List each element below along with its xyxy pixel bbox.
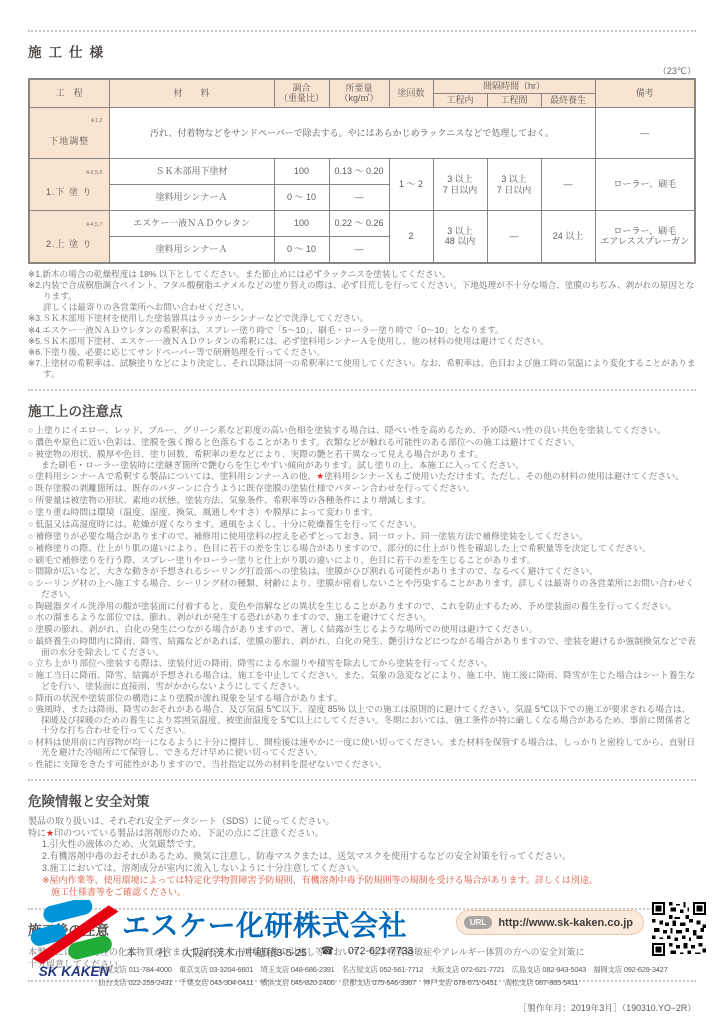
hazard-rule-2: 2.有機溶剤中毒のおそれがあるため、換気に注意し、防毒マスクまたは、送気マスクを… [28,851,696,863]
cell-remarks: ローラー、刷毛 [595,159,695,211]
list-item: ○低温又は高湿度時には、乾燥が遅くなります。通風をよくし、十分に乾燥養生を行って… [28,519,696,529]
headquarters-line: 本 社 大阪府茨木市中穂積3-5-25 ☎ 072-621-7733 [126,945,413,960]
star-icon: ★ [316,471,324,481]
cell-final: 24 以上 [541,210,595,262]
cell-undercoat-name: ※3,5,6 1.下 塗 り [29,159,109,211]
hazard-section-title: 危険情報と安全対策 [28,790,696,810]
table-row-surface-prep: ※1,2 下地調整 汚れ、付着物などをサンドペーパーで除去する。やにはあらかじめ… [29,107,695,159]
hazard-body: 製品の取り扱いは、それぞれ安全データシート（SDS）に従ってください。 特に★印… [28,816,696,899]
hq-phone: 072-621-7733 [348,945,413,960]
cell-in-process: 3 以上 48 以内 [433,210,487,262]
branch-offices: 札幌支店 011-784-4000 東京支店 03-3204-6601 埼玉支店… [98,964,667,990]
sk-kaken-logo-icon [30,900,120,964]
note-ref: ※4,5,7 [32,223,107,229]
cell-mix: 0 ～ 10 [274,185,329,211]
header-interval: 間隔時間（hr） [433,79,595,93]
list-item: ○所要量は被塗物の形状、素地の状態、塗装方法、気象条件、希釈率等の各種条件により… [28,495,696,505]
hazard-rule-3: 3.施工においては、溶剤成分が室内に流入しないように十分注意してください。 [28,863,696,875]
table-row-topcoat-1: ※4,5,7 2.上 塗 り エスケー一液ＮＡＤウレタン 100 0.22 ～ … [29,210,695,236]
cell-mix: 100 [274,159,329,185]
cell-prep-name: ※1,2 下地調整 [29,107,109,159]
list-item: ○間隙が広いなど、大きな動きが予想されるシーリング打設部への塗装は、塗膜がひび割… [28,566,696,576]
header-amount: 所要量 （kg/㎡） [329,79,389,107]
list-item: ○陶磁器タイル洗浄用の酸が塗装面に付着すると、変色や溶解などの異状を生じることが… [28,601,696,611]
divider [28,779,696,781]
header-remarks: 備考 [595,79,695,107]
cell-coats: 2 [389,210,433,262]
company-name: エスケー化研株式会社 [122,904,407,944]
hq-label: 本 社 [126,945,168,960]
header-process: 工 程 [29,79,109,107]
cell-prep-remarks: — [595,107,695,159]
list-item: ○上塗りにイエロー、レッド、ブルー、グリーン系など彩度の高い色相を塗装する場合は… [28,425,696,435]
production-date-note: ［製作年月：2019年3月］（190310.YO−2R） [518,1001,696,1014]
cell-material: ＳＫ木部用下塗材 [109,159,274,185]
cell-final: — [541,159,595,211]
list-item: ○濃色や原色に近い色彩は、塗膜を強く擦ると色落ちすることがあります。衣類などが触… [28,437,696,447]
list-item: ○補修塗りが必要な場合がありますので、補修用に使用塗料の控えを必ずとっておき、同… [28,531,696,541]
note-item: ※7.上塗材の希釈率は、試験塗りなどにより決定し、それ以降は同一の希釈率にて使用… [28,358,696,380]
footer: SK KAKEN エスケー化研株式会社 本 社 大阪府茨木市中穂積3-5-25 … [0,888,724,1024]
cell-material: 塗料用シンナーＡ [109,185,274,211]
star-icon: ★ [46,828,54,838]
cell-amount: — [329,236,389,263]
hazard-rule-1: 1.引火性の液体のため、火気厳禁です。 [28,839,696,851]
cell-material: 塗料用シンナーＡ [109,236,274,263]
header-in-process: 工程内 [433,93,487,107]
list-item: ○最終養生の時間内に降雨、降雪、結露などがあれば、塗膜の膨れ、剥がれ、白化の発生… [28,636,696,657]
hazard-intro: 製品の取り扱いは、それぞれ安全データシート（SDS）に従ってください。 [28,816,696,828]
cell-remarks: ローラー、刷毛 エアレススプレーガン [595,210,695,262]
cell-amount: 0.13 ～ 0.20 [329,159,389,185]
list-item: ○塗料用シンナーＡで希釈する製品については、塗料用シンナーＡの他、★塗料用シンナ… [28,471,696,481]
list-item: ○材料は使用前に内容物が均一になるように十分に攪拌し、開栓後は速やかに一度に使い… [28,737,696,758]
note-item: ※3.ＳＫ木部用下塗材を使用した塗装器具はラッカーシンナーなどで洗浄してください… [28,313,696,324]
cell-mix: 0 ～ 10 [274,236,329,263]
hq-address: 大阪府茨木市中穂積3-5-25 [182,945,307,960]
note-ref: ※1,2 [32,119,107,125]
cell-between: 3 以上 7 日以内 [487,159,541,211]
header-between-process: 工程間 [487,93,541,107]
website-url[interactable]: URL http://www.sk-kaken.co.jp [456,910,644,935]
header-coats: 塗回数 [389,79,433,107]
table-row-undercoat-1: ※3,5,6 1.下 塗 り ＳＫ木部用下塗材 100 0.13 ～ 0.20 … [29,159,695,185]
note-item: ※4.エスケー一液ＮＡＤウレタンの希釈率は、スプレー塗り時で「5～10」、刷毛・… [28,325,696,336]
cell-amount: 0.22 ～ 0.26 [329,210,389,236]
header-final-cure: 最終養生 [541,93,595,107]
note-ref: ※3,5,6 [32,171,107,177]
list-item: ○降雨の状況や塗装部位の構造により塗膜が濡れ現象を呈する場合があります。 [28,693,696,703]
list-item: ○塗膜の膨れ、剥がれ、白化の発生につながる場合がありますので、著しく結露が生じる… [28,624,696,634]
list-item: ○既存塗膜の剥離箇所は、既存のパターンに合うように既存塗膜の塗装仕様でパターン合… [28,483,696,493]
spec-section-title: 施工仕様 [28,41,696,61]
spec-table: 工 程 材 料 調合 （重量比） 所要量 （kg/㎡） 塗回数 間隔時間（hr）… [28,78,696,264]
note-item: ※2.内装で合成樹脂調合ペイント、フタル酸樹脂エナメルなどの塗り替えの際は、必ず… [28,280,696,314]
list-item: ○シーリング材の上へ施工する場合、シーリング材の種類、材齢により、塗膜が密着しな… [28,578,696,599]
list-item: ○強風時、または降雨、降雪のおそれがある場合、及び気温 5℃以下、湿度 85% … [28,704,696,735]
cell-topcoat-name: ※4,5,7 2.上 塗 り [29,210,109,262]
cell-mix: 100 [274,210,329,236]
note-item: ※6.下塗り後、必要に応じてサンドペーパー等で研磨処理を行ってください。 [28,347,696,358]
table-header-row: 工 程 材 料 調合 （重量比） 所要量 （kg/㎡） 塗回数 間隔時間（hr）… [29,79,695,93]
precautions-list: ○上塗りにイエロー、レッド、ブルー、グリーン系など彩度の高い色相を塗装する場合は… [28,425,696,769]
header-material: 材 料 [109,79,274,107]
branch-line: 仙台支店 022-259-2431 千葉支店 043-304-0411 横浜支店… [98,977,667,990]
divider [28,30,696,32]
branch-line: 札幌支店 011-784-4000 東京支店 03-3204-6601 埼玉支店… [98,964,667,977]
document-page: 施工仕様 （23℃） 工 程 材 料 調合 （重量比） 所要量 （kg/㎡） 塗… [0,0,724,1024]
cell-amount: — [329,185,389,211]
url-badge: URL [464,916,492,929]
note-item: ※1.新木の場合の乾燥程度は 18% 以下としてください。また節止めには必ずラッ… [28,269,696,280]
precautions-section-title: 施工上の注意点 [28,400,696,420]
list-item: ○立ち上がり部位へ塗装する際は、塗装付近の降雨、降雪による水溜りや積雪を除去して… [28,658,696,668]
header-mix-ratio: 調合 （重量比） [274,79,329,107]
list-item: ○塗り重ね時間は環境（温度、湿度、換気、風通しやすさ）や膜厚によって変わります。 [28,507,696,517]
note-item: ※5.ＳＫ木部用下塗材、エスケー一液ＮＡＤウレタンの希釈には、必ず塗料用シンナー… [28,336,696,347]
qr-code [652,902,706,956]
cell-between: — [487,210,541,262]
url-text: http://www.sk-kaken.co.jp [498,917,633,929]
cell-prep-desc: 汚れ、付着物などをサンドペーパーで除去する。やにはあらかじめラックニスなどで処理… [109,107,595,159]
cell-in-process: 3 以上 7 日以内 [433,159,487,211]
phone-icon: ☎ [321,945,334,960]
temperature-note: （23℃） [28,64,696,77]
list-item: ○刷毛で補修塗りを行う際、スプレー塗りやローラー塗りと仕上がり肌の違いにより、色… [28,555,696,565]
list-item: ○施工当日に降雨、降雪、結露が予想される場合は、施工を中止してください。また、気… [28,670,696,691]
list-item: ○補修塗りの際、仕上がり肌の違いにより、色目に若干の差を生じる場合がありますので… [28,543,696,553]
divider [28,389,696,391]
list-item: ○水の溜まるような部位では、膨れ、剥がれが発生する恐れがありますので、施工を避け… [28,612,696,622]
hazard-special: 特に★印のついている製品は溶剤形のため、下記の点にご注意ください。 [28,828,696,840]
list-item: ○被塗物の形状、膜厚や色目、塗り回数、希釈率の差などにより、実際の艶と若干異なっ… [28,449,696,470]
cell-coats: 1 ～ 2 [389,159,433,211]
cell-material: エスケー一液ＮＡＤウレタン [109,210,274,236]
spec-notes: ※1.新木の場合の乾燥程度は 18% 以下としてください。また節止めには必ずラッ… [28,269,696,381]
list-item: ○性能に支障をきたす可能性がありますので、当社指定以外の材料を混ぜないでください… [28,759,696,769]
